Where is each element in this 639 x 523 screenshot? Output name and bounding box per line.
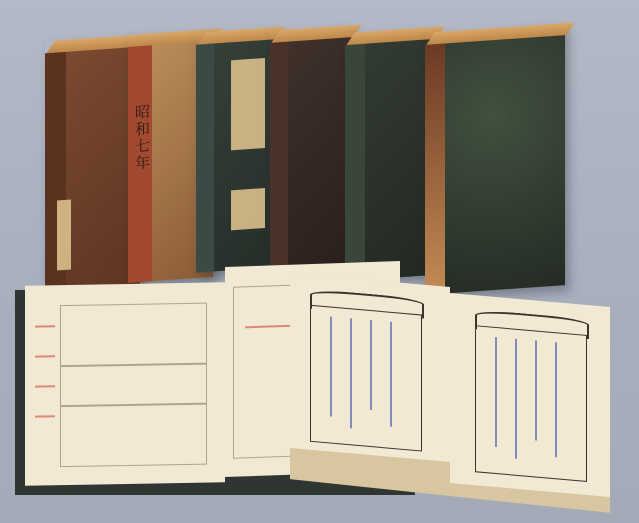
standing-book-4 bbox=[270, 25, 352, 271]
cover-label bbox=[231, 58, 265, 150]
standing-book-3 bbox=[196, 27, 276, 273]
standing-book-5 bbox=[345, 27, 435, 281]
spine-handwriting: 昭和七年 bbox=[132, 103, 153, 172]
photo-scene: 昭和七年 bbox=[0, 0, 639, 523]
spine-label bbox=[57, 200, 71, 271]
blue-ledger-left-page bbox=[290, 273, 450, 462]
blue-ledger-right-page bbox=[450, 293, 610, 497]
open-ledger-right bbox=[280, 276, 615, 506]
standing-book-6 bbox=[425, 23, 565, 295]
standing-book-1 bbox=[45, 35, 140, 292]
ledger-left-page bbox=[25, 282, 225, 485]
cover-label bbox=[231, 188, 265, 230]
